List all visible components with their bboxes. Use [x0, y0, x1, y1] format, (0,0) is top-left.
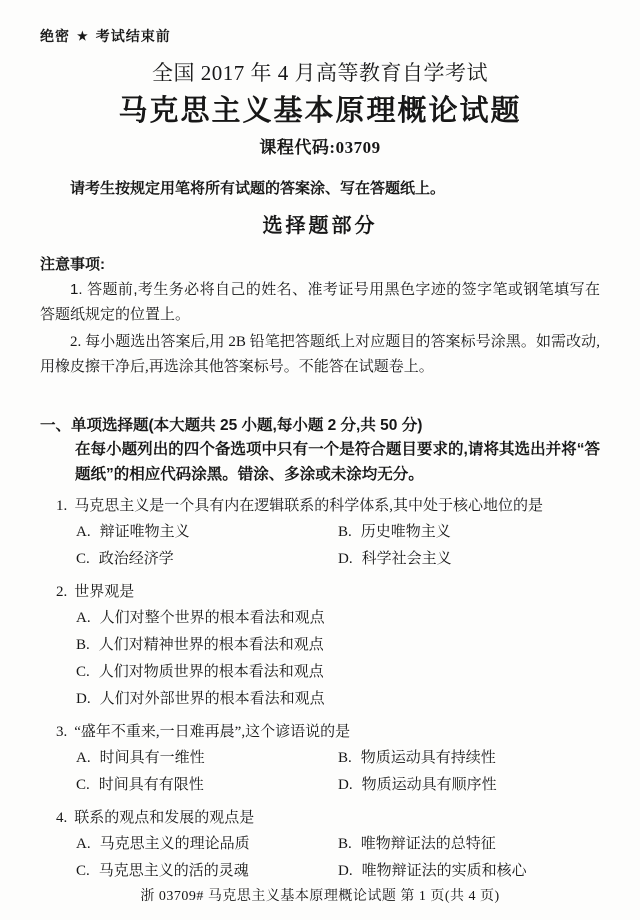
classification-banner: 绝密★考试结束前: [40, 26, 600, 46]
option-a: A.辩证唯物主义: [76, 519, 338, 546]
options-list: A.人们对整个世界的根本看法和观点 B.人们对精神世界的根本看法和观点 C.人们…: [76, 605, 600, 713]
option-c: C.马克思主义的活的灵魂: [76, 858, 338, 885]
section-heading: 一、单项选择题(本大题共 25 小题,每小题 2 分,共 50 分): [40, 413, 600, 435]
option-text: 辩证唯物主义: [100, 524, 190, 540]
question-text: 世界观是: [74, 584, 134, 600]
option-d: D.唯物辩证法的实质和核心: [338, 858, 600, 885]
option-text: 时间具有一维性: [100, 750, 205, 766]
option-text: 唯物辩证法的实质和核心: [362, 863, 527, 879]
option-label: D.: [338, 863, 353, 879]
note-item-1: 1. 答题前,考生务必将自己的姓名、准考证号用黑色字迹的签字笔或钢笔填写在答题纸…: [40, 277, 600, 327]
option-c: C.时间具有有限性: [76, 772, 338, 799]
option-label: A.: [76, 750, 91, 766]
option-label: A.: [76, 524, 91, 540]
option-text: 物质运动具有持续性: [361, 750, 496, 766]
question-text: 马克思主义是一个具有内在逻辑联系的科学体系,其中处于核心地位的是: [74, 498, 543, 514]
question-stem: 2.世界观是: [56, 579, 600, 605]
option-text: 唯物辩证法的总特征: [361, 836, 496, 852]
option-label: D.: [338, 777, 353, 793]
question-stem: 1.马克思主义是一个具有内在逻辑联系的科学体系,其中处于核心地位的是: [56, 493, 600, 519]
option-d: D.科学社会主义: [338, 546, 600, 573]
option-d: D.物质运动具有顺序性: [338, 772, 600, 799]
option-label: A.: [76, 836, 91, 852]
option-b: B.人们对精神世界的根本看法和观点: [76, 632, 600, 659]
option-c: C.政治经济学: [76, 546, 338, 573]
exam-title: 马克思主义基本原理概论试题: [40, 88, 600, 129]
option-label: C.: [76, 664, 90, 680]
option-b: B.历史唯物主义: [338, 519, 600, 546]
option-c: C.人们对物质世界的根本看法和观点: [76, 659, 600, 686]
options-grid: A.时间具有一维性 B.物质运动具有持续性 C.时间具有有限性 D.物质运动具有…: [76, 745, 600, 799]
option-label: B.: [338, 750, 352, 766]
question-number: 4.: [56, 810, 67, 826]
note-item-2: 2. 每小题选出答案后,用 2B 铅笔把答题纸上对应题目的答案标号涂黑。如需改动…: [40, 330, 600, 380]
classification-prefix: 绝密: [40, 28, 70, 44]
options-grid: A.辩证唯物主义 B.历史唯物主义 C.政治经济学 D.科学社会主义: [76, 519, 600, 573]
option-label: A.: [76, 610, 91, 626]
question-stem: 3.“盛年不重来,一日难再晨”,这个谚语说的是: [56, 719, 600, 745]
option-label: B.: [76, 637, 90, 653]
option-text: 物质运动具有顺序性: [362, 777, 497, 793]
option-label: C.: [76, 863, 90, 879]
option-label: C.: [76, 777, 90, 793]
option-label: D.: [338, 551, 353, 567]
question-4: 4.联系的观点和发展的观点是 A.马克思主义的理论品质 B.唯物辩证法的总特征 …: [56, 805, 600, 885]
question-stem: 4.联系的观点和发展的观点是: [56, 805, 600, 831]
page-footer: 浙 03709# 马克思主义基本原理概论试题 第 1 页(共 4 页): [0, 885, 640, 905]
option-text: 人们对精神世界的根本看法和观点: [99, 637, 324, 653]
option-a: A.时间具有一维性: [76, 745, 338, 772]
star-icon: ★: [77, 29, 89, 43]
option-text: 历史唯物主义: [361, 524, 451, 540]
question-1: 1.马克思主义是一个具有内在逻辑联系的科学体系,其中处于核心地位的是 A.辩证唯…: [56, 493, 600, 573]
option-text: 人们对整个世界的根本看法和观点: [100, 610, 325, 626]
option-text: 人们对外部世界的根本看法和观点: [100, 691, 325, 707]
part-heading: 选择题部分: [40, 209, 600, 238]
option-text: 人们对物质世界的根本看法和观点: [99, 664, 324, 680]
option-label: B.: [338, 836, 352, 852]
question-number: 1.: [56, 498, 67, 514]
question-3: 3.“盛年不重来,一日难再晨”,这个谚语说的是 A.时间具有一维性 B.物质运动…: [56, 719, 600, 799]
option-text: 政治经济学: [99, 551, 174, 567]
general-instruction: 请考生按规定用笔将所有试题的答案涂、写在答题纸上。: [40, 177, 600, 198]
option-d: D.人们对外部世界的根本看法和观点: [76, 686, 600, 713]
option-label: D.: [76, 691, 91, 707]
exam-session: 全国 2017 年 4 月高等教育自学考试: [40, 57, 600, 87]
question-number: 2.: [56, 584, 67, 600]
options-grid: A.马克思主义的理论品质 B.唯物辩证法的总特征 C.马克思主义的活的灵魂 D.…: [76, 831, 600, 885]
option-a: A.人们对整个世界的根本看法和观点: [76, 605, 600, 632]
question-text: 联系的观点和发展的观点是: [74, 810, 254, 826]
question-number: 3.: [56, 724, 67, 740]
question-text: “盛年不重来,一日难再晨”,这个谚语说的是: [74, 724, 350, 740]
option-b: B.唯物辩证法的总特征: [338, 831, 600, 858]
section-instruction: 在每小题列出的四个备选项中只有一个是符合题目要求的,请将其选出并将“答题纸”的相…: [75, 437, 600, 487]
option-text: 马克思主义的活的灵魂: [99, 863, 249, 879]
classification-suffix: 考试结束前: [96, 28, 171, 44]
option-a: A.马克思主义的理论品质: [76, 831, 338, 858]
notes-heading: 注意事项:: [40, 253, 600, 274]
option-text: 时间具有有限性: [99, 777, 204, 793]
option-text: 科学社会主义: [362, 551, 452, 567]
option-label: B.: [338, 524, 352, 540]
question-2: 2.世界观是 A.人们对整个世界的根本看法和观点 B.人们对精神世界的根本看法和…: [56, 579, 600, 713]
option-label: C.: [76, 551, 90, 567]
exam-paper-page: 绝密★考试结束前 全国 2017 年 4 月高等教育自学考试 马克思主义基本原理…: [0, 0, 640, 920]
course-code: 课程代码:03709: [40, 133, 600, 158]
option-text: 马克思主义的理论品质: [100, 836, 250, 852]
option-b: B.物质运动具有持续性: [338, 745, 600, 772]
